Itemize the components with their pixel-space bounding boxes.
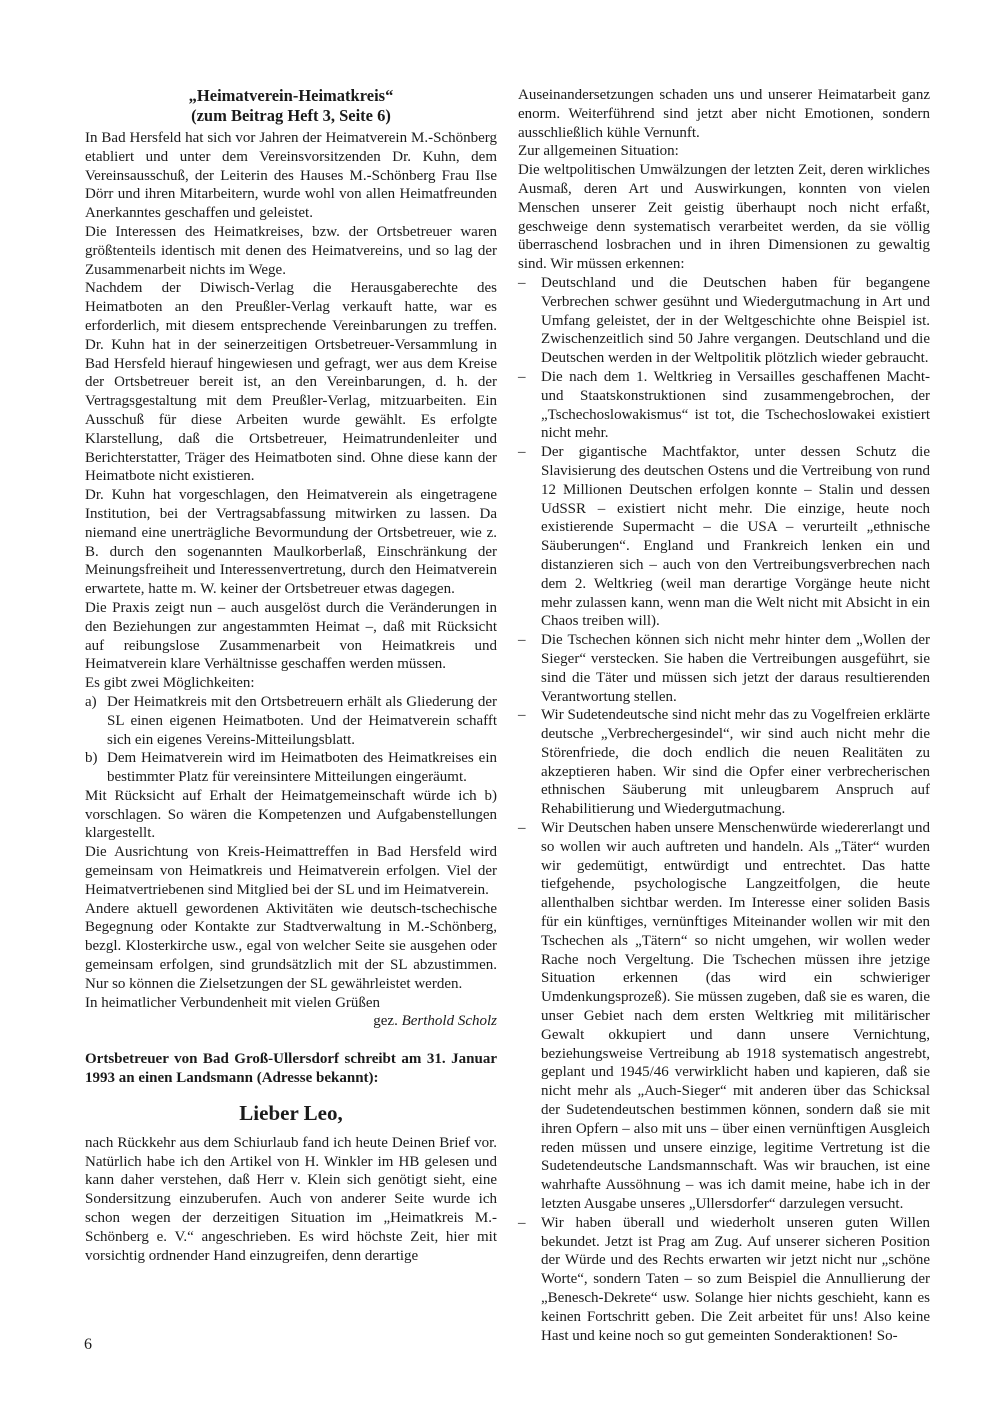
bullet-item: – Wir Deutschen haben unsere Menschenwür… [518, 819, 930, 1214]
article-subtitle: (zum Beitrag Heft 3, Seite 6) [85, 106, 497, 126]
paragraph: Auseinandersetzungen schaden uns und uns… [518, 86, 930, 142]
left-column: „Heimatverein-Heimatkreis“ (zum Beitrag … [85, 86, 497, 1345]
bullet-item: – Deutschland und die Deutschen haben fü… [518, 274, 930, 368]
bullet-item: – Wir Sudetendeutsche sind nicht mehr da… [518, 706, 930, 819]
list-item-b: b) Dem Heimatverein wird im Heimatboten … [85, 749, 497, 787]
list-item-b-marker: b) [85, 749, 107, 787]
paragraph: Die weltpolitischen Umwälzungen der letz… [518, 161, 930, 274]
signature-name: Berthold Scholz [402, 1013, 497, 1029]
bullet-text: Die Tschechen können sich nicht mehr hin… [541, 631, 930, 706]
bullet-dash: – [518, 1214, 541, 1346]
bullet-text: Deutschland und die Deutschen haben für … [541, 274, 930, 368]
bullet-dash: – [518, 819, 541, 1214]
letter-heading: Ortsbetreuer von Bad Groß-Ullersdorf sch… [85, 1050, 497, 1088]
article-title: „Heimatverein-Heimatkreis“ [85, 86, 497, 106]
page-content: „Heimatverein-Heimatkreis“ (zum Beitrag … [85, 86, 930, 1345]
bullet-item: – Wir haben überall und wiederholt unser… [518, 1214, 930, 1346]
bullet-dash: – [518, 274, 541, 368]
newsletter-page: „Heimatverein-Heimatkreis“ (zum Beitrag … [0, 0, 1000, 1412]
paragraph: Dr. Kuhn hat vorgeschlagen, den Heimatve… [85, 486, 497, 599]
paragraph: Es gibt zwei Möglichkeiten: [85, 674, 497, 693]
paragraph: Die Ausrichtung von Kreis-Heimattreffen … [85, 843, 497, 899]
paragraph: Andere aktuell gewordenen Aktivitäten wi… [85, 900, 497, 994]
bullet-text: Wir Deutschen haben unsere Menschenwürde… [541, 819, 930, 1214]
bullet-text: Die nach dem 1. Weltkrieg in Versailles … [541, 368, 930, 443]
bullet-dash: – [518, 631, 541, 706]
salutation: Lieber Leo, [85, 1101, 497, 1125]
bullet-text: Wir haben überall und wiederholt unseren… [541, 1214, 930, 1346]
right-column: Auseinandersetzungen schaden uns und uns… [518, 86, 930, 1345]
signature-prefix: gez. [373, 1013, 401, 1029]
paragraph: Zur allgemeinen Situation: [518, 142, 930, 161]
list-item-a: a) Der Heimatkreis mit den Ortsbetreuern… [85, 693, 497, 749]
list-item-b-text: Dem Heimatverein wird im Heimatboten des… [107, 749, 497, 787]
list-item-a-text: Der Heimatkreis mit den Ortsbetreuern er… [107, 693, 497, 749]
page-number: 6 [84, 1336, 92, 1354]
paragraph: nach Rückkehr aus dem Schiurlaub fand ic… [85, 1134, 497, 1266]
paragraph: Nachdem der Diwisch-Verlag die Herausgab… [85, 279, 497, 486]
paragraph: In heimatlicher Verbundenheit mit vielen… [85, 994, 497, 1013]
bullet-dash: – [518, 368, 541, 443]
signature: gez. Berthold Scholz [85, 1012, 497, 1031]
bullet-text: Wir Sudetendeutsche sind nicht mehr das … [541, 706, 930, 819]
paragraph: Die Praxis zeigt nun – auch ausgelöst du… [85, 599, 497, 674]
bullet-text: Der gigantische Machtfaktor, unter desse… [541, 443, 930, 631]
bullet-item: – Die nach dem 1. Weltkrieg in Versaille… [518, 368, 930, 443]
bullet-dash: – [518, 706, 541, 819]
paragraph: Die Interessen des Heimatkreises, bzw. d… [85, 223, 497, 279]
paragraph: Mit Rücksicht auf Erhalt der Heimatgemei… [85, 787, 497, 843]
bullet-item: – Die Tschechen können sich nicht mehr h… [518, 631, 930, 706]
paragraph: In Bad Hersfeld hat sich vor Jahren der … [85, 129, 497, 223]
bullet-dash: – [518, 443, 541, 631]
list-item-a-marker: a) [85, 693, 107, 749]
bullet-item: – Der gigantische Machtfaktor, unter des… [518, 443, 930, 631]
